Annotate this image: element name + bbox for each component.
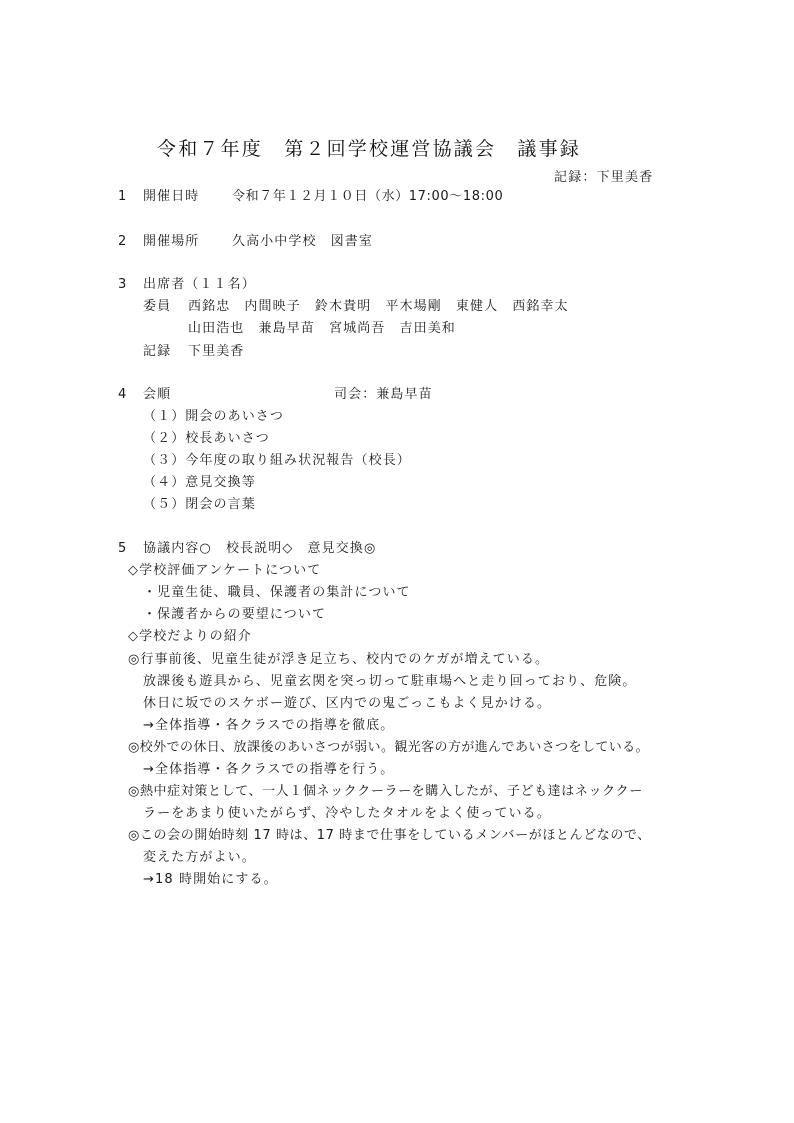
section-label: 開催日時 bbox=[143, 189, 199, 205]
opinion-response: →全体指導・各クラスでの指導を徹底。 bbox=[143, 718, 394, 734]
section-label: 出席者（１１名） bbox=[143, 277, 256, 293]
document-page: 令和７年度 第２回学校運営協議会 議事録 記録：下里美香 1 開催日時 令和７年… bbox=[0, 0, 794, 1123]
topic-bullet: ・児童生徒、職員、保護者の集計について bbox=[143, 585, 411, 601]
opinion-continuation: 放課後も遊具から、児童玄関を突っ切って駐車場へと走り回っており、危険。 bbox=[143, 674, 637, 690]
members-list-line1: 西銘忠 内間映子 鈴木貴明 平木場剛 東健人 西銘幸太 bbox=[188, 299, 569, 315]
topic-heading: ◇学校だよりの紹介 bbox=[128, 629, 252, 645]
opinion-item: ◎熱中症対策として、一人１個ネッククーラーを購入したが、子ども達はネッククー bbox=[128, 784, 643, 800]
meeting-datetime: 令和７年１２月１０日（水）17:00～18:00 bbox=[232, 189, 503, 205]
agenda-item: （４）意見交換等 bbox=[143, 475, 256, 491]
agenda-item: （２）校長あいさつ bbox=[143, 431, 270, 447]
opinion-continuation: 変えた方がよい。 bbox=[143, 850, 256, 866]
opinion-item: ◎校外での休日、放課後のあいさつが弱い。観光客の方が進んであいさつをしている。 bbox=[128, 740, 649, 756]
opinion-response: →18 時開始にする。 bbox=[143, 872, 278, 888]
opinion-continuation: 休日に坂でのスケボー遊び、区内での鬼ごっこもよく見かける。 bbox=[143, 696, 551, 712]
agenda-item: （１）開会のあいさつ bbox=[143, 409, 284, 425]
chairperson: 司会：兼島早苗 bbox=[334, 387, 433, 403]
topic-heading: ◇学校評価アンケートについて bbox=[128, 563, 321, 579]
meeting-venue: 久高小中学校 図書室 bbox=[232, 234, 373, 250]
section-number: 2 bbox=[118, 234, 126, 250]
members-label: 委員 bbox=[143, 299, 171, 315]
section-label: 会順 bbox=[143, 387, 171, 403]
section-number: 3 bbox=[118, 277, 126, 293]
recorder-label: 記録 bbox=[143, 344, 171, 360]
opinion-item: ◎行事前後、児童生徒が浮き足立ち、校内でのケガが増えている。 bbox=[128, 652, 549, 668]
agenda-item: （３）今年度の取り組み状況報告（校長） bbox=[143, 453, 411, 469]
recorder-name: 下里美香 bbox=[188, 344, 244, 360]
agenda-item: （５）閉会の言葉 bbox=[143, 497, 256, 513]
members-list-line2: 山田浩也 兼島早苗 宮城尚吾 吉田美和 bbox=[188, 321, 456, 337]
opinion-item: ◎この会の開始時刻 17 時は、17 時まで仕事をしているメンバーがほとんどなの… bbox=[128, 828, 651, 844]
topic-bullet: ・保護者からの要望について bbox=[143, 607, 326, 623]
section-number: 4 bbox=[118, 387, 126, 403]
opinion-response: →全体指導・各クラスでの指導を行う。 bbox=[143, 762, 394, 778]
section-number: 5 bbox=[118, 541, 126, 557]
section-label: 協議内容○ 校長説明◇ 意見交換◎ bbox=[143, 541, 376, 557]
document-title: 令和７年度 第２回学校運営協議会 議事録 bbox=[157, 134, 581, 161]
section-number: 1 bbox=[118, 189, 126, 205]
opinion-continuation: ラーをあまり使いたがらず、冷やしたタオルをよく使っている。 bbox=[143, 806, 551, 822]
recorder-note: 記録：下里美香 bbox=[554, 166, 653, 185]
section-label: 開催場所 bbox=[143, 234, 199, 250]
